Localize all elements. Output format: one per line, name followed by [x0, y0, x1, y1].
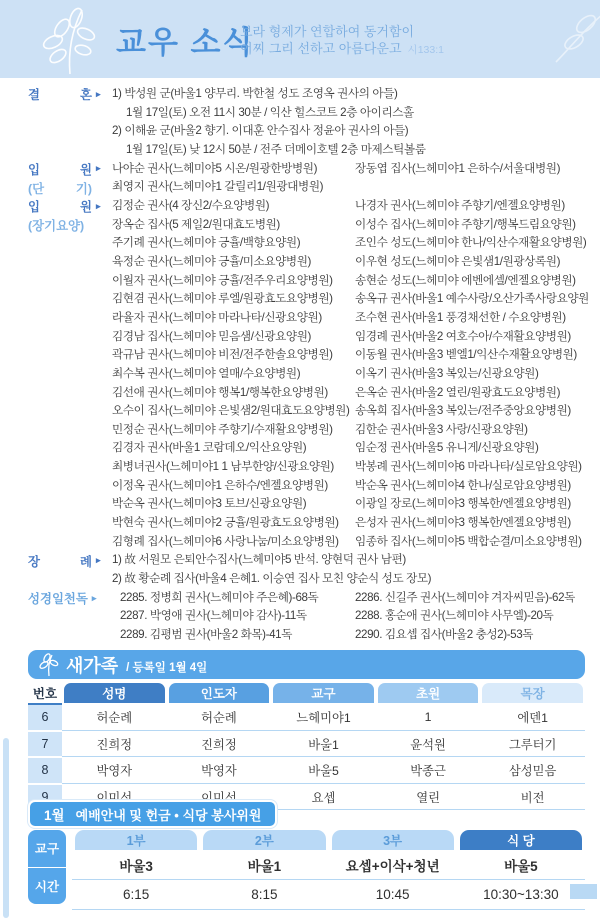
news-content: 결혼 ▸ 1) 박성원 군(바울1 양무리. 박한철 성도 조영옥 권사의 아들…	[28, 85, 588, 645]
leaf-icon	[38, 653, 60, 677]
inpatient-short-right: 장동엽 집사(느헤미야1 은하수/서울대병원)	[355, 160, 588, 179]
inpatient-long-right: 은성자 권사(느헤미야3 행복한/엔젤요양병원)	[355, 514, 588, 533]
leaf-branch-icon	[28, 4, 108, 76]
inpatient-long-left: 육정순 권사(느헤미야 긍휼/미소요양병원)	[112, 253, 355, 272]
arrow-marker-icon: ▸	[92, 594, 97, 603]
section-label-inpatient-long: 입원 ▸ (장기요양)	[28, 197, 112, 551]
inpatient-long-rows: 김정순 권사(4 장신2/수요양병원)나경자 권사(느헤미야 주향기/엔젤요양병…	[112, 197, 588, 551]
new-family-cell: 바울5	[271, 758, 376, 784]
inpatient-long-right: 김한순 권사(바울3 사랑/신광요양원)	[355, 421, 588, 440]
marriage-line: 1월 17일(토) 오전 11시 30분 / 익산 힐스코트 2층 아이리스홀	[112, 104, 588, 123]
inpatient-long-left: 김경남 집사(느헤미야 믿음샘/신광요양원)	[112, 328, 355, 347]
inpatient-long-right: 이동월 권사(바울3 벧엘1/익산수재활요양병원)	[355, 346, 588, 365]
new-family-col-header: 교구	[273, 683, 374, 703]
header-verse: 보라 형제가 연합하여 동거함이 어찌 그리 선하고 아름다운고시133:1	[240, 23, 444, 59]
new-family-table: 번호성명인도자교구초원목장6허순례허순례느헤미야11에덴17진희정진희정바울1윤…	[28, 683, 585, 811]
section-label-marriage: 결혼 ▸	[28, 85, 112, 160]
service-cell: 6:15	[72, 880, 200, 910]
inpatient-long-right: 송옥규 권사(바울1 예수사랑/오산가족사랑요양원)	[355, 290, 588, 309]
inpatient-long-row: 이월자 권사(느헤미야 긍휼/전주우리요양병원)송현순 성도(느헤미야 에벤에셀…	[112, 272, 588, 291]
arrow-marker-icon: ▸	[96, 90, 101, 99]
inpatient-long-left: 민정순 권사(느헤미야 주향기/수재활요양병원)	[112, 421, 355, 440]
inpatient-long-left: 이월자 권사(느헤미야 긍휼/전주우리요양병원)	[112, 272, 355, 291]
service-row-label-district: 교구	[28, 830, 66, 868]
inpatient-long-row: 김정순 권사(4 장신2/수요양병원)나경자 권사(느헤미야 주향기/엔젤요양병…	[112, 197, 588, 216]
service-cell: 8:15	[200, 880, 328, 910]
inpatient-long-right: 이성수 집사(느헤미야 주향기/행복드림요양원)	[355, 216, 588, 235]
inpatient-long-right: 이옥기 권사(바울3 복있는/신광요양원)	[355, 365, 588, 384]
verse-line1: 보라 형제가 연합하여 동거함이	[240, 24, 414, 39]
section-marriage: 결혼 ▸ 1) 박성원 군(바울1 양무리. 박한철 성도 조영옥 권사의 아들…	[28, 85, 588, 160]
right-edge-decoration	[570, 884, 597, 899]
inpatient-long-right: 임순정 권사(바울5 유니게/신광요양원)	[355, 439, 588, 458]
inpatient-long-row: 오수이 집사(느헤미야 은빛샘2/원대효도요양병원)송옥희 집사(바울3 복있는…	[112, 402, 588, 421]
inpatient-short-left: 나야순 권사(느헤미야5 시온/원광한방병원)	[112, 160, 355, 179]
new-family-cell: 허순례	[167, 705, 272, 731]
marriage-label: 결혼	[28, 85, 92, 103]
service-cell: 요셉+이삭+청년	[329, 850, 457, 880]
service-col-header: 3부	[332, 830, 454, 850]
inpatient-short-sublabel: (단기)	[28, 179, 92, 197]
section-label-funeral: 장례 ▸	[28, 551, 112, 588]
inpatient-long-left: 박현숙 권사(느헤미야2 긍휼/원광효도요양병원)	[112, 514, 355, 533]
new-family-cell: 에덴1	[480, 705, 585, 731]
section-inpatient-short: 입원 ▸ (단기) 나야순 권사(느헤미야5 시온/원광한방병원)장동엽 집사(…	[28, 160, 588, 197]
funeral-label: 장례	[28, 552, 92, 570]
inpatient-long-right: 나경자 권사(느헤미야 주향기/엔젤요양병원)	[355, 197, 588, 216]
funeral-line: 1) 故 서원모 은퇴안수집사(느헤미야5 반석. 양현덕 권사 남편)	[112, 551, 588, 570]
inpatient-long-right: 조인수 성도(느헤미야 한나/익산수재활요양병원)	[355, 234, 588, 253]
new-family-col-header: 초원	[378, 683, 479, 703]
new-family-cell: 박영자	[167, 758, 272, 784]
inpatient-long-right: 조수현 권사(바울1 풍경채선한 / 수요양병원)	[355, 309, 588, 328]
new-family-col-header: 목장	[482, 683, 583, 703]
service-col-header: 1부	[75, 830, 197, 850]
inpatient-long-row: 김선애 권사(느헤미야 행복1/행복한요양병원)은옥순 권사(바울2 열린/원광…	[112, 384, 588, 403]
service-title: 예배안내 및 헌금 • 식당 봉사위원	[76, 805, 262, 824]
inpatient-long-left: 김형례 집사(느헤미야6 사랑나눔/미소요양병원)	[112, 533, 355, 552]
service-col-header: 2부	[203, 830, 325, 850]
bible-left: 2289. 김평범 권사(바울2 화목)-41독	[112, 626, 355, 645]
inpatient-long-row: 김형례 집사(느헤미야6 사랑나눔/미소요양병원)임종하 집사(느헤미야5 백합…	[112, 533, 588, 552]
inpatient-long-left: 이정옥 권사(느헤미야1 은하수/엔젤요양병원)	[112, 477, 355, 496]
left-edge-decoration	[3, 738, 9, 918]
inpatient-long-left: 김정순 권사(4 장신2/수요양병원)	[112, 197, 355, 216]
funeral-lines: 1) 故 서원모 은퇴안수집사(느헤미야5 반석. 양현덕 권사 남편)2) 故…	[112, 551, 588, 588]
section-inpatient-long: 입원 ▸ (장기요양) 김정순 권사(4 장신2/수요양병원)나경자 권사(느헤…	[28, 197, 588, 551]
new-family-cell: 비전	[480, 785, 585, 811]
inpatient-long-row: 최수복 권사(느헤미야 열매/수요양병원)이옥기 권사(바울3 복있는/신광요양…	[112, 365, 588, 384]
funeral-line: 2) 故 황순례 집사(바울4 은혜1. 이승연 집사 모친 양순식 성도 장모…	[112, 570, 588, 589]
service-cell: 바울3	[72, 850, 200, 880]
section-funeral: 장례 ▸ 1) 故 서원모 은퇴안수집사(느헤미야5 반석. 양현덕 권사 남편…	[28, 551, 588, 588]
inpatient-long-right: 이광일 장로(느헤미야3 행복한/엔젤요양병원)	[355, 495, 588, 514]
inpatient-long-left: 곽규남 권사(느헤미야 비전/전주한솔요양병원)	[112, 346, 355, 365]
section-label-bible: 성경일천독 ▸	[28, 589, 112, 645]
inpatient-long-left: 박순옥 권사(느헤미야3 토브/신광요양원)	[112, 495, 355, 514]
inpatient-short-rows: 나야순 권사(느헤미야5 시온/원광한방병원)장동엽 집사(느헤미야1 은하수/…	[112, 160, 588, 197]
inpatient-long-row: 이정옥 권사(느헤미야1 은하수/엔젤요양병원)박순옥 권사(느헤미야4 한나/…	[112, 477, 588, 496]
marriage-line: 2) 이해윤 군(바울2 향기. 이대훈 안수집사 정윤아 권사의 아들)	[112, 122, 588, 141]
new-family-cell: 삼성믿음	[480, 758, 585, 784]
inpatient-long-left: 라율자 권사(느헤미야 마라나타/신광요양원)	[112, 309, 355, 328]
new-family-cell: 요셉	[271, 785, 376, 811]
inpatient-short-left: 최영지 권사(느헤미야1 갈릴리1/원광대병원)	[112, 178, 355, 197]
inpatient-long-left: 김현겸 권사(느헤미야 루엘/원광효도요양병원)	[112, 290, 355, 309]
service-header-bar: 1월 예배안내 및 헌금 • 식당 봉사위원	[28, 800, 277, 828]
marriage-lines: 1) 박성원 군(바울1 양무리. 박한철 성도 조영옥 권사의 아들)1월 1…	[112, 85, 588, 160]
new-family-cell: 느헤미야1	[271, 705, 376, 731]
inpatient-long-right: 임종하 집사(느헤미야5 백합순결/미소요양병원)	[355, 533, 588, 552]
inpatient-long-row: 육정순 권사(느헤미야 긍휼/미소요양병원)이우현 성도(느헤미야 은빛샘1/원…	[112, 253, 588, 272]
inpatient-long-right: 박순옥 권사(느헤미야4 한나/실로암요양병원)	[355, 477, 588, 496]
new-family-row-number: 8	[28, 758, 62, 785]
service-cell: 바울1	[200, 850, 328, 880]
new-family-cell: 윤석원	[376, 732, 481, 758]
service-month: 1월	[44, 804, 65, 824]
page-title: 교우 소식	[116, 17, 254, 62]
service-row-labels: 교구 시간	[28, 830, 66, 904]
service-cell: 바울5	[457, 850, 585, 880]
section-label-inpatient-short: 입원 ▸ (단기)	[28, 160, 112, 197]
inpatient-short-row: 나야순 권사(느헤미야5 시온/원광한방병원)장동엽 집사(느헤미야1 은하수/…	[112, 160, 588, 179]
inpatient-long-row: 박현숙 권사(느헤미야2 긍휼/원광효도요양병원)은성자 권사(느헤미야3 행복…	[112, 514, 588, 533]
inpatient-long-row: 라율자 권사(느헤미야 마라나타/신광요양원)조수현 권사(바울1 풍경채선한 …	[112, 309, 588, 328]
new-family-col-header: 인도자	[169, 683, 270, 703]
inpatient-long-left: 주기례 권사(느헤미야 긍휼/백향요양원)	[112, 234, 355, 253]
inpatient-long-row: 장옥순 집사(5 제일2/원대효도병원)이성수 집사(느헤미야 주향기/행복드림…	[112, 216, 588, 235]
new-family-subtitle: / 등록일 1월 4일	[126, 659, 207, 675]
service-table: 1부2부3부식 당바울3바울1요셉+이삭+청년바울56:158:1510:451…	[28, 830, 585, 910]
corner-leaf-icon	[546, 2, 600, 66]
inpatient-long-row: 김경자 권사(바울1 코람데오/익산요양원)임순정 권사(바울5 유니게/신광요…	[112, 439, 588, 458]
inpatient-long-right: 송옥희 집사(바울3 복있는/전주중앙요양병원)	[355, 402, 588, 421]
inpatient-long-right: 임경례 권사(바울2 여호수아/수재활요양병원)	[355, 328, 588, 347]
arrow-marker-icon: ▸	[96, 556, 101, 565]
service-row-label-time: 시간	[28, 868, 66, 905]
arrow-marker-icon: ▸	[96, 164, 101, 173]
bible-left: 2287. 박영애 권사(느헤미야 감사)-11독	[112, 607, 355, 626]
inpatient-long-left: 장옥순 집사(5 제일2/원대효도병원)	[112, 216, 355, 235]
bible-row: 2287. 박영애 권사(느헤미야 감사)-11독2288. 홍순애 권사(느헤…	[112, 607, 588, 626]
inpatient-long-row: 곽규남 권사(느헤미야 비전/전주한솔요양병원)이동월 권사(바울3 벧엘1/익…	[112, 346, 588, 365]
inpatient-long-row: 민정순 권사(느헤미야 주향기/수재활요양병원)김한순 권사(바울3 사랑/신광…	[112, 421, 588, 440]
inpatient-long-right: 이우현 성도(느헤미야 은빛샘1/원광상록원)	[355, 253, 588, 272]
inpatient-short-right	[355, 178, 588, 197]
bible-rows: 2285. 정병희 권사(느헤미야 주은혜)-68독2286. 신길주 권사(느…	[112, 589, 588, 645]
new-family-cell: 열린	[376, 785, 481, 811]
inpatient-long-label: 입원	[28, 197, 92, 215]
bible-row: 2285. 정병희 권사(느헤미야 주은혜)-68독2286. 신길주 권사(느…	[112, 589, 588, 608]
inpatient-long-right: 송현순 성도(느헤미야 에벤에셀/엔젤요양병원)	[355, 272, 588, 291]
verse-line2: 어찌 그리 선하고 아름다운고	[240, 41, 402, 56]
new-family-cell: 그루터기	[480, 732, 585, 758]
inpatient-long-left: 오수이 집사(느헤미야 은빛샘2/원대효도요양병원)	[112, 402, 355, 421]
inpatient-long-left: 김선애 권사(느헤미야 행복1/행복한요양병원)	[112, 384, 355, 403]
new-family-cell: 바울1	[271, 732, 376, 758]
new-family-col-header: 성명	[64, 683, 165, 703]
bible-row: 2289. 김평범 권사(바울2 화목)-41독2290. 김요셉 집사(바울2…	[112, 626, 588, 645]
new-family-title: 새가족	[66, 652, 118, 678]
new-family-cell: 진희정	[167, 732, 272, 758]
bible-left: 2285. 정병희 권사(느헤미야 주은혜)-68독	[112, 589, 355, 608]
bible-right: 2290. 김요셉 집사(바울2 충성2)-53독	[355, 626, 588, 645]
arrow-marker-icon: ▸	[96, 202, 101, 211]
new-family-cell: 박영자	[62, 758, 167, 784]
new-family-header-bar: 새가족 / 등록일 1월 4일	[28, 650, 585, 679]
newsletter-page: 교우 소식 보라 형제가 연합하여 동거함이 어찌 그리 선하고 아름다운고시1…	[0, 0, 600, 923]
new-family-col-header: 번호	[28, 683, 62, 705]
inpatient-long-row: 주기례 권사(느헤미야 긍휼/백향요양원)조인수 성도(느헤미야 한나/익산수재…	[112, 234, 588, 253]
new-family-cell: 1	[376, 705, 481, 731]
page-header: 교우 소식 보라 형제가 연합하여 동거함이 어찌 그리 선하고 아름다운고시1…	[0, 0, 600, 78]
service-cell: 10:30~13:30	[457, 880, 585, 910]
inpatient-long-right: 박봉례 권사(느헤미야6 마라나타/실로암요양원)	[355, 458, 588, 477]
new-family-row-number: 7	[28, 732, 62, 759]
inpatient-long-row: 최병녀권사(느헤미야1 1 남부한양/신광요양원)박봉례 권사(느헤미야6 마라…	[112, 458, 588, 477]
inpatient-long-left: 김경자 권사(바울1 코람데오/익산요양원)	[112, 439, 355, 458]
inpatient-long-row: 박순옥 권사(느헤미야3 토브/신광요양원)이광일 장로(느헤미야3 행복한/엔…	[112, 495, 588, 514]
bible-right: 2288. 홍순애 권사(느헤미야 사무엘)-20독	[355, 607, 588, 626]
inpatient-short-label: 입원	[28, 160, 92, 178]
inpatient-long-right: 은옥순 권사(바울2 열린/원광효도요양병원)	[355, 384, 588, 403]
inpatient-long-left: 최수복 권사(느헤미야 열매/수요양병원)	[112, 365, 355, 384]
inpatient-long-sublabel: (장기요양)	[28, 216, 84, 234]
new-family-cell: 진희정	[62, 732, 167, 758]
bible-label: 성경일천독	[28, 589, 88, 607]
verse-reference: 시133:1	[408, 44, 444, 56]
service-col-header: 식 당	[460, 830, 582, 850]
inpatient-long-row: 김경남 집사(느헤미야 믿음샘/신광요양원)임경례 권사(바울2 여호수아/수재…	[112, 328, 588, 347]
new-family-row-number: 6	[28, 705, 62, 732]
inpatient-long-left: 최병녀권사(느헤미야1 1 남부한양/신광요양원)	[112, 458, 355, 477]
new-family-cell: 허순례	[62, 705, 167, 731]
marriage-line: 1월 17일(토) 낮 12시 50분 / 전주 더메이호텔 2층 마제스틱볼룸	[112, 141, 588, 160]
service-cell: 10:45	[329, 880, 457, 910]
inpatient-short-row: 최영지 권사(느헤미야1 갈릴리1/원광대병원)	[112, 178, 588, 197]
new-family-cell: 박종근	[376, 758, 481, 784]
marriage-line: 1) 박성원 군(바울1 양무리. 박한철 성도 조영옥 권사의 아들)	[112, 85, 588, 104]
bible-right: 2286. 신길주 권사(느헤미야 겨자씨믿음)-62독	[355, 589, 588, 608]
inpatient-long-row: 김현겸 권사(느헤미야 루엘/원광효도요양병원)송옥규 권사(바울1 예수사랑/…	[112, 290, 588, 309]
section-bible-reading: 성경일천독 ▸ 2285. 정병희 권사(느헤미야 주은혜)-68독2286. …	[28, 589, 588, 645]
